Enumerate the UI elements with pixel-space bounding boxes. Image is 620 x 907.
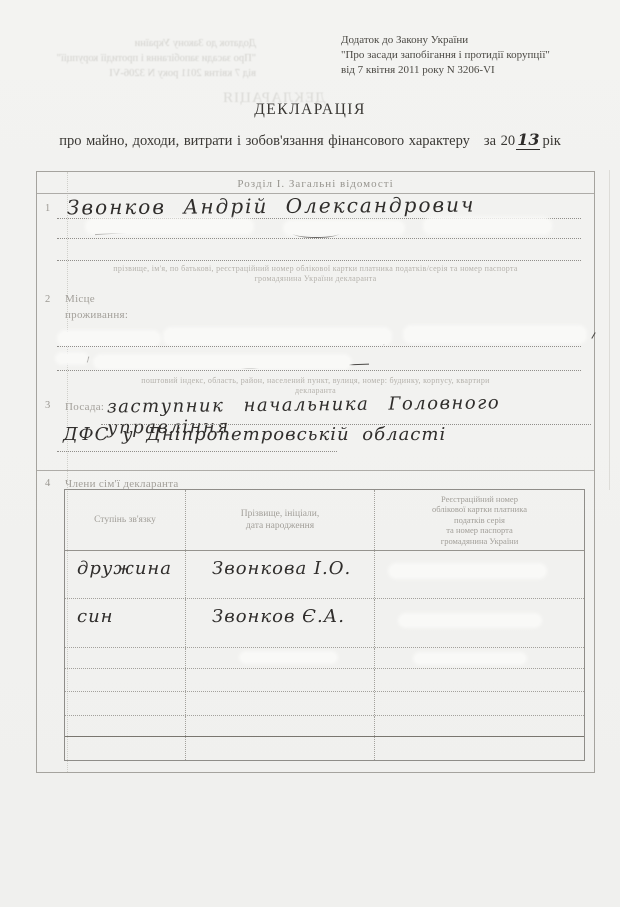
header-surname-initials: Прізвище, ініціали, дата народження	[186, 490, 375, 550]
appendix-line2: "Про засади запобігання і протидії коруп…	[341, 48, 611, 63]
header-line: громадянина України	[375, 536, 584, 547]
header-relation-degree: Ступінь зв'язку	[65, 490, 186, 550]
cell-relation	[65, 669, 186, 691]
section1-heading: Розділ I. Загальні відомості	[37, 178, 594, 190]
write-in-line	[57, 370, 581, 371]
table-row	[65, 716, 584, 737]
appendix-line1: Додаток до Закону України	[341, 33, 611, 48]
cell-relation	[65, 692, 186, 715]
cell-relation	[65, 737, 186, 760]
name-handwritten: Звонков Є.А.	[212, 606, 374, 627]
year-handwritten: 13	[516, 130, 540, 150]
write-in-line	[57, 451, 337, 452]
subtitle-text: про майно, доходи, витрати і зобов'язанн…	[59, 133, 470, 149]
item3-label: Посада:	[65, 401, 104, 413]
cell-name	[186, 716, 375, 736]
family-table: Ступінь зв'язку Прізвище, ініціали, дата…	[64, 489, 585, 761]
position-handwritten-line2: ДФС у Дніпропетровській області	[63, 424, 446, 445]
cell-relation	[65, 648, 186, 668]
whiteout-patch	[165, 329, 390, 344]
write-in-line	[57, 260, 581, 261]
section-divider	[37, 470, 594, 471]
whiteout-patch	[241, 653, 336, 662]
document-title: ДЕКЛАРАЦІЯ	[0, 101, 620, 119]
bleedthrough-appendix-text: Додаток до Закону України "Про засади за…	[6, 36, 256, 81]
whiteout-patch	[285, 222, 403, 234]
cell-name: Звонкова І.О.	[186, 551, 375, 598]
bleedthrough-line: "Про засади запобігання і протидії коруп…	[6, 51, 256, 66]
scan-edge-artifact	[609, 170, 610, 490]
table-row: дружина Звонкова І.О.	[65, 551, 584, 599]
pen-stroke	[591, 332, 595, 339]
cell-name: Звонков Є.А.	[186, 599, 375, 647]
cell-id-number	[375, 692, 584, 715]
cell-name	[186, 737, 375, 760]
item1-number: 1	[45, 203, 61, 214]
year-prefix: за 20	[484, 133, 515, 149]
whiteout-patch	[95, 356, 350, 368]
item1-caption-line1: прізвище, ім'я, по батькові, реєстраційн…	[37, 264, 594, 273]
item2-caption-line1: поштовий індекс, область, район, населен…	[37, 376, 594, 385]
whiteout-patch	[405, 327, 585, 342]
item1-caption-line2: громадянина України декларанта	[37, 274, 594, 283]
name-handwritten: Звонкова І.О.	[212, 558, 374, 579]
whiteout-patch	[57, 354, 87, 363]
header-line: дата народження	[186, 520, 374, 532]
table-row	[65, 648, 584, 669]
item2-label-line1: Місце	[65, 293, 95, 305]
item3-number: 3	[45, 400, 61, 411]
table-row	[65, 737, 584, 760]
whiteout-patch	[415, 654, 525, 663]
cell-id-number	[375, 737, 584, 760]
cell-id-number	[375, 648, 584, 668]
cell-id-number	[375, 599, 584, 647]
relation-handwritten: дружина	[77, 558, 185, 579]
pen-stroke	[347, 364, 369, 366]
header-line: податків серія	[375, 515, 584, 526]
cell-name	[186, 648, 375, 668]
write-in-line	[57, 346, 581, 347]
write-in-line	[57, 238, 581, 239]
whiteout-patch	[87, 220, 252, 233]
table-row: син Звонков Є.А.	[65, 599, 584, 648]
pen-stroke	[87, 356, 90, 362]
family-table-header-row: Ступінь зв'язку Прізвище, ініціали, дата…	[65, 490, 584, 551]
item2-label-line2: проживання:	[65, 309, 128, 321]
header-line: облікової картки платника	[375, 504, 584, 515]
table-row	[65, 669, 584, 692]
cell-relation	[65, 716, 186, 736]
whiteout-patch	[425, 219, 550, 233]
law-appendix-reference: Додаток до Закону України "Про засади за…	[341, 33, 611, 78]
header-tax-id-passport: Реєстраційний номер облікової картки пла…	[375, 490, 584, 550]
cell-id-number	[375, 551, 584, 598]
relation-handwritten: син	[77, 606, 185, 627]
bleedthrough-line: Додаток до Закону України	[6, 36, 256, 51]
whiteout-patch	[59, 332, 159, 345]
year-suffix: рік	[542, 133, 560, 149]
bleedthrough-line: від 7 квітня 2011 року N 3206-VI	[6, 66, 256, 81]
header-line: Прізвище, ініціали,	[186, 508, 374, 520]
cell-id-number	[375, 669, 584, 691]
section1-form-box: Розділ I. Загальні відомості 1 Звонков А…	[36, 171, 595, 773]
declarant-name-handwritten: Звонков Андрій Олександрович	[67, 193, 476, 220]
cell-name	[186, 669, 375, 691]
document-subtitle: про майно, доходи, витрати і зобов'язанн…	[0, 130, 620, 150]
whiteout-patch	[400, 615, 540, 626]
appendix-line3: від 7 квітня 2011 року N 3206-VI	[341, 63, 611, 78]
cell-id-number	[375, 716, 584, 736]
cell-relation: дружина	[65, 551, 186, 598]
whiteout-patch	[390, 565, 545, 577]
item2-number: 2	[45, 294, 61, 305]
header-line: Реєстраційний номер	[375, 494, 584, 505]
cell-relation: син	[65, 599, 186, 647]
header-line: та номер паспорта	[375, 525, 584, 536]
item4-number: 4	[45, 478, 61, 489]
cell-name	[186, 692, 375, 715]
table-row	[65, 692, 584, 716]
